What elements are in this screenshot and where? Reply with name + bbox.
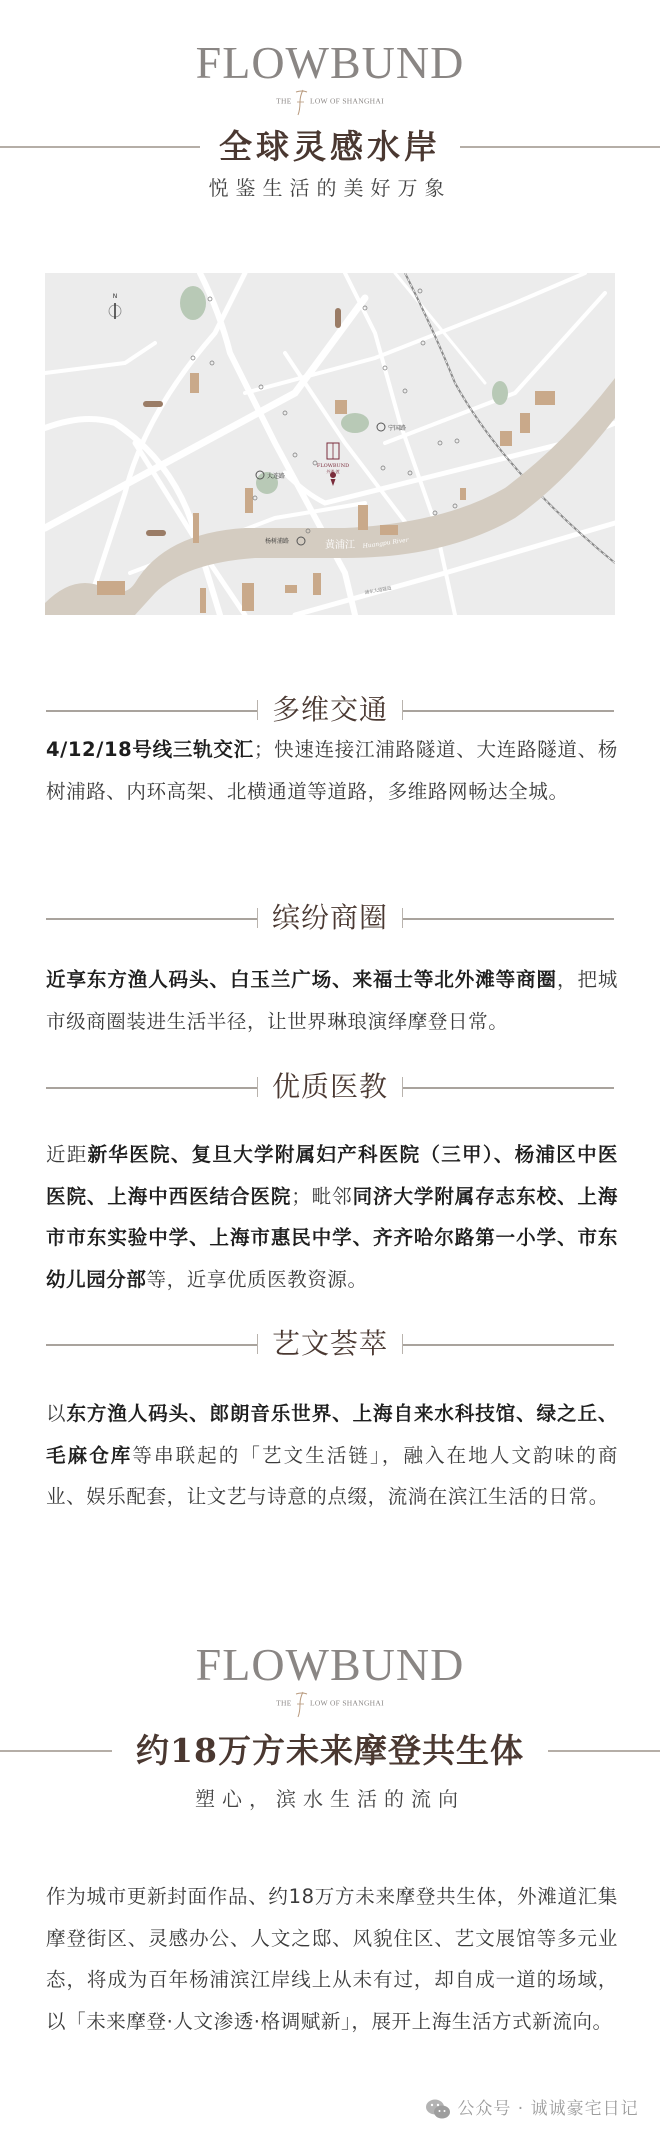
compass-icon: N	[109, 293, 121, 319]
map-graphic: N 大连路 杨树浦路 宁国路 FLOWBUND 外滩·渡 黄浦江 Huangpu…	[45, 273, 615, 615]
heading-rule-right	[403, 918, 614, 920]
section-heading-transport: 多维交通	[46, 690, 614, 730]
hero2-heading: 约18万方未来摩登共生体	[0, 1729, 660, 1773]
heading-rule-left	[46, 1087, 257, 1089]
logo-wordmark: FLOWBUND	[0, 38, 660, 88]
section-title: 艺文荟萃	[258, 1324, 402, 1364]
tagline-rest: LOW OF SHANGHAI	[310, 97, 384, 106]
hero2-title: 约18万方未来摩登共生体	[0, 1729, 660, 1773]
section-title: 多维交通	[258, 690, 402, 730]
highlight-text: 近享东方渔人码头、白玉兰广场、来福士等北外滩等商圈	[46, 968, 557, 991]
logo-top: FLOWBUND THE LOW OF SHANGHAI	[0, 38, 660, 118]
section-heading-medical-education: 优质医教	[46, 1067, 614, 1107]
closing-paragraph: 作为城市更新封面作品、约18万方未来摩登共生体，外滩道汇集摩登街区、灵感办公、人…	[46, 1876, 618, 2042]
body-text: 等串联起的「艺文生活链」，融入在地人文韵味的商业、娱乐配套，让文艺与诗意的点缀，…	[46, 1444, 618, 1509]
logo-bottom: FLOWBUND THE LOW OF SHANGHAI	[0, 1640, 660, 1720]
heading-rule-right	[403, 1087, 614, 1089]
tagline-the: THE	[276, 1699, 291, 1708]
section-title: 缤纷商圈	[258, 898, 402, 938]
body-text: 以	[46, 1402, 66, 1425]
body-text: 近距	[46, 1143, 88, 1166]
svg-text:黄浦江: 黄浦江	[325, 538, 355, 551]
script-f-icon	[294, 88, 308, 116]
watermark-text: 公众号 · 诚诚豪宅日记	[457, 2099, 638, 2119]
heading-rule-left	[46, 1344, 257, 1346]
hero2-subtitle: 塑心，滨水生活的流向	[0, 1785, 660, 1813]
svg-text:宁国路: 宁国路	[388, 424, 406, 432]
heading-rule-right	[403, 1344, 614, 1346]
heading-rule-right	[403, 710, 614, 712]
logo-wordmark: FLOWBUND	[0, 1640, 660, 1690]
watermark: 公众号 · 诚诚豪宅日记	[425, 2094, 639, 2124]
svg-text:N: N	[113, 293, 118, 300]
section-body-transport: 4/12/18号线三轨交汇；快速连接江浦路隧道、大连路隧道、杨树浦路、内环高架、…	[46, 729, 618, 812]
svg-text:杨树浦路: 杨树浦路	[265, 537, 289, 545]
logo-tagline: THE LOW OF SHANGHAI	[0, 88, 660, 118]
body-text: ；毗邻	[291, 1185, 352, 1208]
tagline-the: THE	[276, 97, 291, 106]
section-heading-arts-culture: 艺文荟萃	[46, 1324, 614, 1364]
hero-subtitle: 悦鉴生活的美好万象	[0, 174, 660, 202]
section-body-commerce: 近享东方渔人码头、白玉兰广场、来福士等北外滩等商圈，把城市级商圈装进生活半径，让…	[46, 959, 618, 1042]
svg-text:大连路: 大连路	[267, 472, 285, 480]
section-body-arts-culture: 以东方渔人码头、郎朗音乐世界、上海自来水科技馆、绿之丘、毛麻仓库等串联起的「艺文…	[46, 1393, 618, 1518]
heading-rule-left	[46, 710, 257, 712]
tagline-rest: LOW OF SHANGHAI	[310, 1699, 384, 1708]
body-text: 等，近享优质医教资源。	[147, 1268, 368, 1291]
location-map: N 大连路 杨树浦路 宁国路 FLOWBUND 外滩·渡 黄浦江 Huangpu…	[45, 273, 615, 615]
section-body-medical-education: 近距新华医院、复旦大学附属妇产科医院（三甲）、杨浦区中医医院、上海中西医结合医院…	[46, 1134, 618, 1300]
logo-tagline: THE LOW OF SHANGHAI	[0, 1690, 660, 1720]
hero-title: 全球灵感水岸	[0, 125, 660, 169]
section-heading-commerce: 缤纷商圈	[46, 898, 614, 938]
script-f-icon	[294, 1690, 308, 1718]
wechat-icon	[425, 2098, 451, 2120]
section-title: 优质医教	[258, 1067, 402, 1107]
highlight-text: 4/12/18号线三轨交汇	[46, 738, 254, 761]
hero-heading: 全球灵感水岸	[0, 125, 660, 169]
heading-rule-left	[46, 918, 257, 920]
